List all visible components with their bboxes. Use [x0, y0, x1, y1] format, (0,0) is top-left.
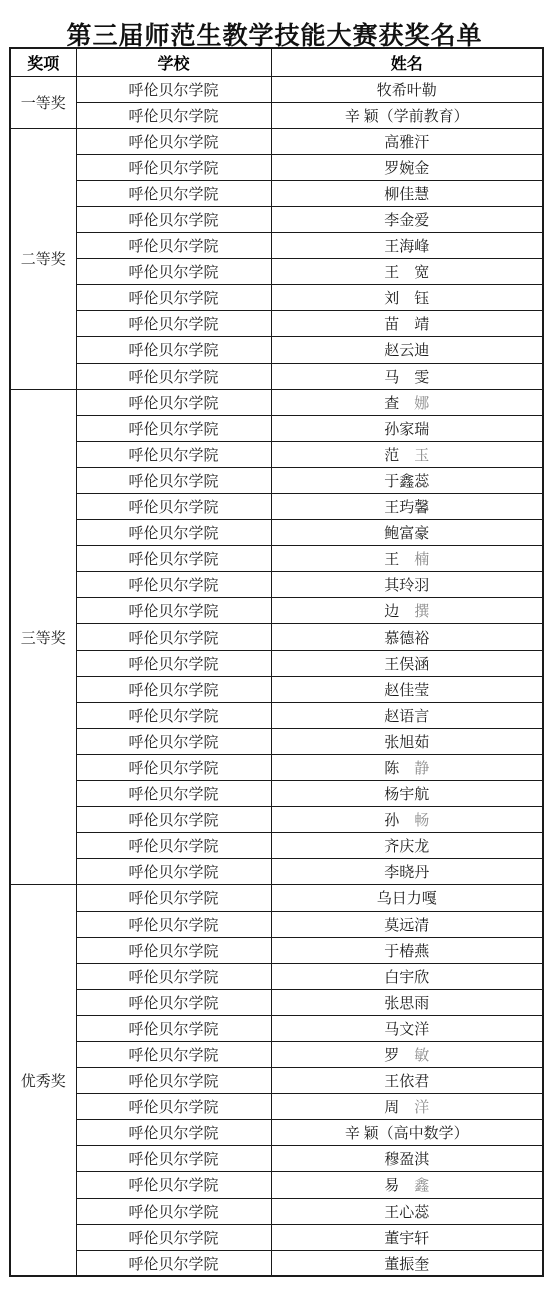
winner-name: 孙家瑞 — [384, 422, 429, 438]
winner-name-gray-part: 玉 — [414, 448, 429, 464]
name-cell: 柳佳慧 — [271, 180, 543, 206]
award-cell: 三等奖 — [10, 389, 76, 885]
school-cell: 呼伦贝尔学院 — [76, 311, 271, 337]
school-cell: 呼伦贝尔学院 — [76, 1224, 271, 1250]
table-row: 呼伦贝尔学院范 玉 — [10, 441, 543, 467]
table-row: 呼伦贝尔学院白宇欣 — [10, 963, 543, 989]
table-row: 呼伦贝尔学院莫远清 — [10, 911, 543, 937]
school-cell: 呼伦贝尔学院 — [76, 1041, 271, 1067]
winner-name: 白宇欣 — [384, 970, 429, 986]
name-cell: 刘 钰 — [271, 285, 543, 311]
school-cell: 呼伦贝尔学院 — [76, 520, 271, 546]
winner-name: 王玙馨 — [384, 500, 429, 516]
table-row: 呼伦贝尔学院张思雨 — [10, 989, 543, 1015]
award-table-header: 奖项 学校 姓名 — [10, 48, 543, 76]
winner-name: 杨宇航 — [384, 787, 429, 803]
school-cell: 呼伦贝尔学院 — [76, 598, 271, 624]
table-row: 呼伦贝尔学院李金爱 — [10, 206, 543, 232]
winner-name: 齐庆龙 — [384, 839, 429, 855]
name-cell: 牧希叶勒 — [271, 76, 543, 102]
school-cell: 呼伦贝尔学院 — [76, 1015, 271, 1041]
table-row: 呼伦贝尔学院柳佳慧 — [10, 180, 543, 206]
table-row: 呼伦贝尔学院于鑫蕊 — [10, 467, 543, 493]
table-row: 呼伦贝尔学院王依君 — [10, 1068, 543, 1094]
winner-name-gray-part: 撰 — [414, 604, 429, 620]
name-cell: 穆盈淇 — [271, 1146, 543, 1172]
school-cell: 呼伦贝尔学院 — [76, 859, 271, 885]
table-row: 呼伦贝尔学院马文洋 — [10, 1015, 543, 1041]
winner-name: 王 — [384, 552, 414, 568]
table-row: 呼伦贝尔学院罗 敏 — [10, 1041, 543, 1067]
school-cell: 呼伦贝尔学院 — [76, 1250, 271, 1276]
name-cell: 王玙馨 — [271, 494, 543, 520]
school-cell: 呼伦贝尔学院 — [76, 259, 271, 285]
table-row: 一等奖呼伦贝尔学院牧希叶勒 — [10, 76, 543, 102]
school-cell: 呼伦贝尔学院 — [76, 76, 271, 102]
table-row: 呼伦贝尔学院李晓丹 — [10, 859, 543, 885]
table-row: 优秀奖呼伦贝尔学院乌日力嘎 — [10, 885, 543, 911]
school-cell: 呼伦贝尔学院 — [76, 781, 271, 807]
name-cell: 张思雨 — [271, 989, 543, 1015]
name-cell: 高雅汗 — [271, 128, 543, 154]
name-cell: 马文洋 — [271, 1015, 543, 1041]
winner-name: 马文洋 — [384, 1022, 429, 1038]
table-row: 呼伦贝尔学院张旭茹 — [10, 728, 543, 754]
winner-name: 于鑫蕊 — [384, 474, 429, 490]
name-cell: 王依君 — [271, 1068, 543, 1094]
winner-name-gray-part: 鑫 — [414, 1178, 429, 1194]
school-cell: 呼伦贝尔学院 — [76, 206, 271, 232]
winner-name: 范 — [384, 448, 414, 464]
name-cell: 赵佳莹 — [271, 676, 543, 702]
school-cell: 呼伦贝尔学院 — [76, 989, 271, 1015]
winner-name: 赵佳莹 — [384, 683, 429, 699]
winner-name: 赵云迪 — [384, 343, 429, 359]
winner-name: 张思雨 — [384, 996, 429, 1012]
school-cell: 呼伦贝尔学院 — [76, 285, 271, 311]
name-cell: 白宇欣 — [271, 963, 543, 989]
table-row: 呼伦贝尔学院鲍富豪 — [10, 520, 543, 546]
school-cell: 呼伦贝尔学院 — [76, 1172, 271, 1198]
winner-name: 董宇轩 — [384, 1231, 429, 1247]
school-cell: 呼伦贝尔学院 — [76, 102, 271, 128]
award-cell: 优秀奖 — [10, 885, 76, 1276]
name-cell: 王心蕊 — [271, 1198, 543, 1224]
school-cell: 呼伦贝尔学院 — [76, 494, 271, 520]
name-cell: 董振奎 — [271, 1250, 543, 1276]
winner-name: 查 — [384, 396, 414, 412]
award-cell: 一等奖 — [10, 76, 76, 128]
table-row: 呼伦贝尔学院边 撰 — [10, 598, 543, 624]
winner-name: 高雅汗 — [384, 135, 429, 151]
school-cell: 呼伦贝尔学院 — [76, 937, 271, 963]
name-cell: 辛 颖（学前教育） — [271, 102, 543, 128]
table-row: 呼伦贝尔学院王海峰 — [10, 233, 543, 259]
name-cell: 莫远清 — [271, 911, 543, 937]
award-table: 奖项 学校 姓名 一等奖呼伦贝尔学院牧希叶勒呼伦贝尔学院辛 颖（学前教育）二等奖… — [9, 47, 544, 1277]
winner-name: 苗 靖 — [384, 317, 429, 333]
winner-name: 张旭茹 — [384, 735, 429, 751]
school-cell: 呼伦贝尔学院 — [76, 546, 271, 572]
winner-name: 莫远清 — [384, 918, 429, 934]
school-cell: 呼伦贝尔学院 — [76, 415, 271, 441]
name-cell: 李金爱 — [271, 206, 543, 232]
winner-name: 周 — [384, 1100, 414, 1116]
winner-name: 王俣涵 — [384, 657, 429, 673]
winner-name-gray-part: 楠 — [414, 552, 429, 568]
winner-name: 李晓丹 — [384, 865, 429, 881]
table-row: 呼伦贝尔学院慕德裕 — [10, 624, 543, 650]
name-cell: 于鑫蕊 — [271, 467, 543, 493]
table-row: 呼伦贝尔学院杨宇航 — [10, 781, 543, 807]
name-cell: 其玲羽 — [271, 572, 543, 598]
winner-name: 王 宽 — [384, 265, 429, 281]
winner-name-gray-part: 敏 — [414, 1048, 429, 1064]
table-row: 呼伦贝尔学院穆盈淇 — [10, 1146, 543, 1172]
school-cell: 呼伦贝尔学院 — [76, 1198, 271, 1224]
winner-name: 罗婉金 — [384, 161, 429, 177]
school-cell: 呼伦贝尔学院 — [76, 128, 271, 154]
table-row: 呼伦贝尔学院赵语言 — [10, 702, 543, 728]
name-cell: 辛 颖（高中数学） — [271, 1120, 543, 1146]
name-cell: 李晓丹 — [271, 859, 543, 885]
table-row: 呼伦贝尔学院王玙馨 — [10, 494, 543, 520]
school-cell: 呼伦贝尔学院 — [76, 833, 271, 859]
table-row: 呼伦贝尔学院齐庆龙 — [10, 833, 543, 859]
header-award: 奖项 — [10, 48, 76, 76]
name-cell: 罗 敏 — [271, 1041, 543, 1067]
school-cell: 呼伦贝尔学院 — [76, 572, 271, 598]
school-cell: 呼伦贝尔学院 — [76, 1094, 271, 1120]
winner-name: 王心蕊 — [384, 1205, 429, 1221]
name-cell: 王 楠 — [271, 546, 543, 572]
name-cell: 董宇轩 — [271, 1224, 543, 1250]
name-cell: 慕德裕 — [271, 624, 543, 650]
winner-name: 慕德裕 — [384, 631, 429, 647]
winner-name: 王海峰 — [384, 239, 429, 255]
header-name: 姓名 — [271, 48, 543, 76]
table-row: 呼伦贝尔学院辛 颖（学前教育） — [10, 102, 543, 128]
table-row: 呼伦贝尔学院赵佳莹 — [10, 676, 543, 702]
name-cell: 王海峰 — [271, 233, 543, 259]
school-cell: 呼伦贝尔学院 — [76, 624, 271, 650]
name-cell: 赵云迪 — [271, 337, 543, 363]
award-cell: 二等奖 — [10, 128, 76, 389]
school-cell: 呼伦贝尔学院 — [76, 754, 271, 780]
name-cell: 杨宇航 — [271, 781, 543, 807]
school-cell: 呼伦贝尔学院 — [76, 1120, 271, 1146]
table-row: 呼伦贝尔学院王 楠 — [10, 546, 543, 572]
school-cell: 呼伦贝尔学院 — [76, 963, 271, 989]
school-cell: 呼伦贝尔学院 — [76, 650, 271, 676]
table-row: 呼伦贝尔学院董振奎 — [10, 1250, 543, 1276]
school-cell: 呼伦贝尔学院 — [76, 676, 271, 702]
table-row: 呼伦贝尔学院陈 静 — [10, 754, 543, 780]
name-cell: 苗 靖 — [271, 311, 543, 337]
name-cell: 乌日力嘎 — [271, 885, 543, 911]
school-cell: 呼伦贝尔学院 — [76, 1068, 271, 1094]
school-cell: 呼伦贝尔学院 — [76, 441, 271, 467]
winner-name: 鲍富豪 — [384, 526, 429, 542]
name-cell: 范 玉 — [271, 441, 543, 467]
name-cell: 孙家瑞 — [271, 415, 543, 441]
name-cell: 鲍富豪 — [271, 520, 543, 546]
winner-name-gray-part: 畅 — [414, 813, 429, 829]
winner-name: 赵语言 — [384, 709, 429, 725]
name-cell: 齐庆龙 — [271, 833, 543, 859]
header-row: 奖项 学校 姓名 — [10, 48, 543, 76]
school-cell: 呼伦贝尔学院 — [76, 807, 271, 833]
winner-name: 董振奎 — [384, 1257, 429, 1273]
winner-name: 王依君 — [384, 1074, 429, 1090]
name-cell: 王 宽 — [271, 259, 543, 285]
header-school: 学校 — [76, 48, 271, 76]
school-cell: 呼伦贝尔学院 — [76, 389, 271, 415]
page-title: 第三届师范生教学技能大赛获奖名单 — [0, 0, 549, 45]
name-cell: 陈 静 — [271, 754, 543, 780]
school-cell: 呼伦贝尔学院 — [76, 337, 271, 363]
school-cell: 呼伦贝尔学院 — [76, 233, 271, 259]
winner-name: 刘 钰 — [384, 291, 429, 307]
school-cell: 呼伦贝尔学院 — [76, 363, 271, 389]
school-cell: 呼伦贝尔学院 — [76, 885, 271, 911]
name-cell: 孙 畅 — [271, 807, 543, 833]
award-table-body: 一等奖呼伦贝尔学院牧希叶勒呼伦贝尔学院辛 颖（学前教育）二等奖呼伦贝尔学院高雅汗… — [10, 76, 543, 1276]
winner-name: 罗 — [384, 1048, 414, 1064]
winner-name: 乌日力嘎 — [377, 891, 437, 907]
name-cell: 张旭茹 — [271, 728, 543, 754]
table-row: 三等奖呼伦贝尔学院查 娜 — [10, 389, 543, 415]
name-cell: 易 鑫 — [271, 1172, 543, 1198]
table-row: 呼伦贝尔学院马 雯 — [10, 363, 543, 389]
winner-name: 牧希叶勒 — [377, 83, 437, 99]
name-cell: 罗婉金 — [271, 154, 543, 180]
table-row: 二等奖呼伦贝尔学院高雅汗 — [10, 128, 543, 154]
school-cell: 呼伦贝尔学院 — [76, 180, 271, 206]
table-row: 呼伦贝尔学院易 鑫 — [10, 1172, 543, 1198]
name-cell: 于椿燕 — [271, 937, 543, 963]
name-cell: 赵语言 — [271, 702, 543, 728]
school-cell: 呼伦贝尔学院 — [76, 1146, 271, 1172]
table-row: 呼伦贝尔学院于椿燕 — [10, 937, 543, 963]
table-row: 呼伦贝尔学院孙 畅 — [10, 807, 543, 833]
winner-name: 马 雯 — [384, 370, 429, 386]
winner-name: 辛 颖（高中数学） — [345, 1126, 469, 1142]
school-cell: 呼伦贝尔学院 — [76, 911, 271, 937]
name-cell: 边 撰 — [271, 598, 543, 624]
table-row: 呼伦贝尔学院苗 靖 — [10, 311, 543, 337]
name-cell: 马 雯 — [271, 363, 543, 389]
table-row: 呼伦贝尔学院罗婉金 — [10, 154, 543, 180]
table-row: 呼伦贝尔学院王 宽 — [10, 259, 543, 285]
winner-name: 李金爱 — [384, 213, 429, 229]
name-cell: 周 洋 — [271, 1094, 543, 1120]
table-row: 呼伦贝尔学院孙家瑞 — [10, 415, 543, 441]
table-row: 呼伦贝尔学院辛 颖（高中数学） — [10, 1120, 543, 1146]
winner-name: 辛 颖（学前教育） — [345, 109, 469, 125]
winner-name: 孙 — [384, 813, 414, 829]
winner-name: 陈 — [384, 761, 414, 777]
winner-name-gray-part: 娜 — [414, 396, 429, 412]
school-cell: 呼伦贝尔学院 — [76, 728, 271, 754]
winner-name: 穆盈淇 — [384, 1152, 429, 1168]
winner-name: 柳佳慧 — [384, 187, 429, 203]
winner-name: 边 — [384, 604, 414, 620]
school-cell: 呼伦贝尔学院 — [76, 467, 271, 493]
table-row: 呼伦贝尔学院周 洋 — [10, 1094, 543, 1120]
winner-name: 易 — [384, 1178, 414, 1194]
table-row: 呼伦贝尔学院刘 钰 — [10, 285, 543, 311]
winner-name: 于椿燕 — [384, 944, 429, 960]
table-row: 呼伦贝尔学院董宇轩 — [10, 1224, 543, 1250]
winner-name: 其玲羽 — [384, 578, 429, 594]
winner-name-gray-part: 洋 — [414, 1100, 429, 1116]
table-row: 呼伦贝尔学院其玲羽 — [10, 572, 543, 598]
school-cell: 呼伦贝尔学院 — [76, 154, 271, 180]
table-row: 呼伦贝尔学院王俣涵 — [10, 650, 543, 676]
school-cell: 呼伦贝尔学院 — [76, 702, 271, 728]
name-cell: 查 娜 — [271, 389, 543, 415]
table-row: 呼伦贝尔学院王心蕊 — [10, 1198, 543, 1224]
winner-name-gray-part: 静 — [414, 761, 429, 777]
name-cell: 王俣涵 — [271, 650, 543, 676]
table-row: 呼伦贝尔学院赵云迪 — [10, 337, 543, 363]
